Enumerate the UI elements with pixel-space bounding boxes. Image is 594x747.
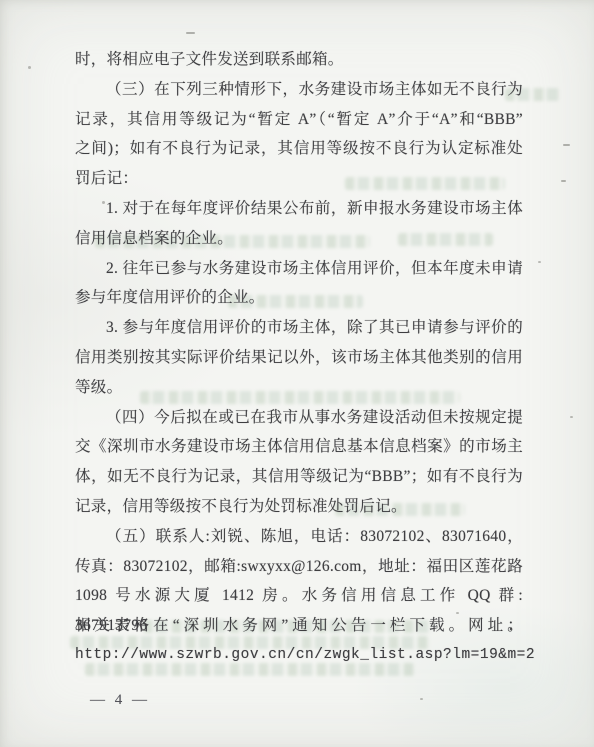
document-line: （三）在下列三种情形下，水务建设市场主体如无不良行为 — [75, 75, 523, 105]
scan-speck — [420, 698, 423, 700]
scan-speck — [563, 144, 570, 146]
document-line: 记录，其信用等级记为“暂定 A”（“暂定 A”介于“A”和“BBB” — [75, 105, 523, 135]
document-line: 记录，信用等级按不良行为处罚标准处罚后记。 — [75, 492, 523, 522]
page-number: — 4 — — [90, 692, 150, 709]
document-line: 体，如无不良行为记录，其信用等级记为“BBB”；如有不良行为 — [75, 462, 523, 492]
document-line: 2. 往年已参与水务建设市场主体信用评价，但本年度未申请 — [75, 254, 523, 284]
document-line: http://www.szwrb.gov.cn/cn/zwgk_list.asp… — [75, 641, 523, 671]
document-line: 罚后记： — [75, 164, 523, 194]
document-line: 传真：83072102，邮箱:swxyxx@126.com，地址：福田区莲花路 — [75, 552, 523, 582]
document-line: 等级。 — [75, 373, 523, 403]
document-line: 信用类别按其实际评价结果记以外，该市场主体其他类别的信用 — [75, 343, 523, 373]
document-line: 参与年度信用评价的企业。 — [75, 283, 523, 313]
document-line: 1. 对于在每年度评价结果公布前，新申报水务建设市场主体 — [75, 194, 523, 224]
scan-speck — [570, 416, 573, 418]
document-line: 信用信息档案的企业。 — [75, 224, 523, 254]
document-body: 时，将相应电子文件发送到联系邮箱。（三）在下列三种情形下，水务建设市场主体如无不… — [75, 45, 523, 671]
scan-speck — [186, 32, 195, 34]
document-line: （四）今后拟在或已在我市从事水务建设活动但未按规定提 — [75, 403, 523, 433]
document-line: （五）联系人:刘锐、陈旭，电话：83072102、83071640， — [75, 522, 523, 552]
document-line: 3. 参与年度信用评价的市场主体，除了其已申请参与评价的 — [75, 313, 523, 343]
scan-speck — [561, 180, 566, 182]
document-line: 之间)；如有不良行为记录，其信用等级按不良行为认定标准处 — [75, 134, 523, 164]
scan-speck — [28, 66, 31, 69]
document-line: 交《深圳市水务建设市场主体信用信息基本信息档案》的市场主 — [75, 432, 523, 462]
document-line: 1098 号水源大厦 1412 房。水务信用信息工作 QQ 群: 3679137… — [75, 581, 523, 611]
document-page: 时，将相应电子文件发送到联系邮箱。（三）在下列三种情形下，水务建设市场主体如无不… — [0, 0, 594, 747]
scan-speck — [538, 261, 541, 263]
document-line: 时，将相应电子文件发送到联系邮箱。 — [75, 45, 523, 75]
document-line: 相关表格在“深圳水务网”通知公告一栏下载。网址： — [75, 611, 523, 641]
